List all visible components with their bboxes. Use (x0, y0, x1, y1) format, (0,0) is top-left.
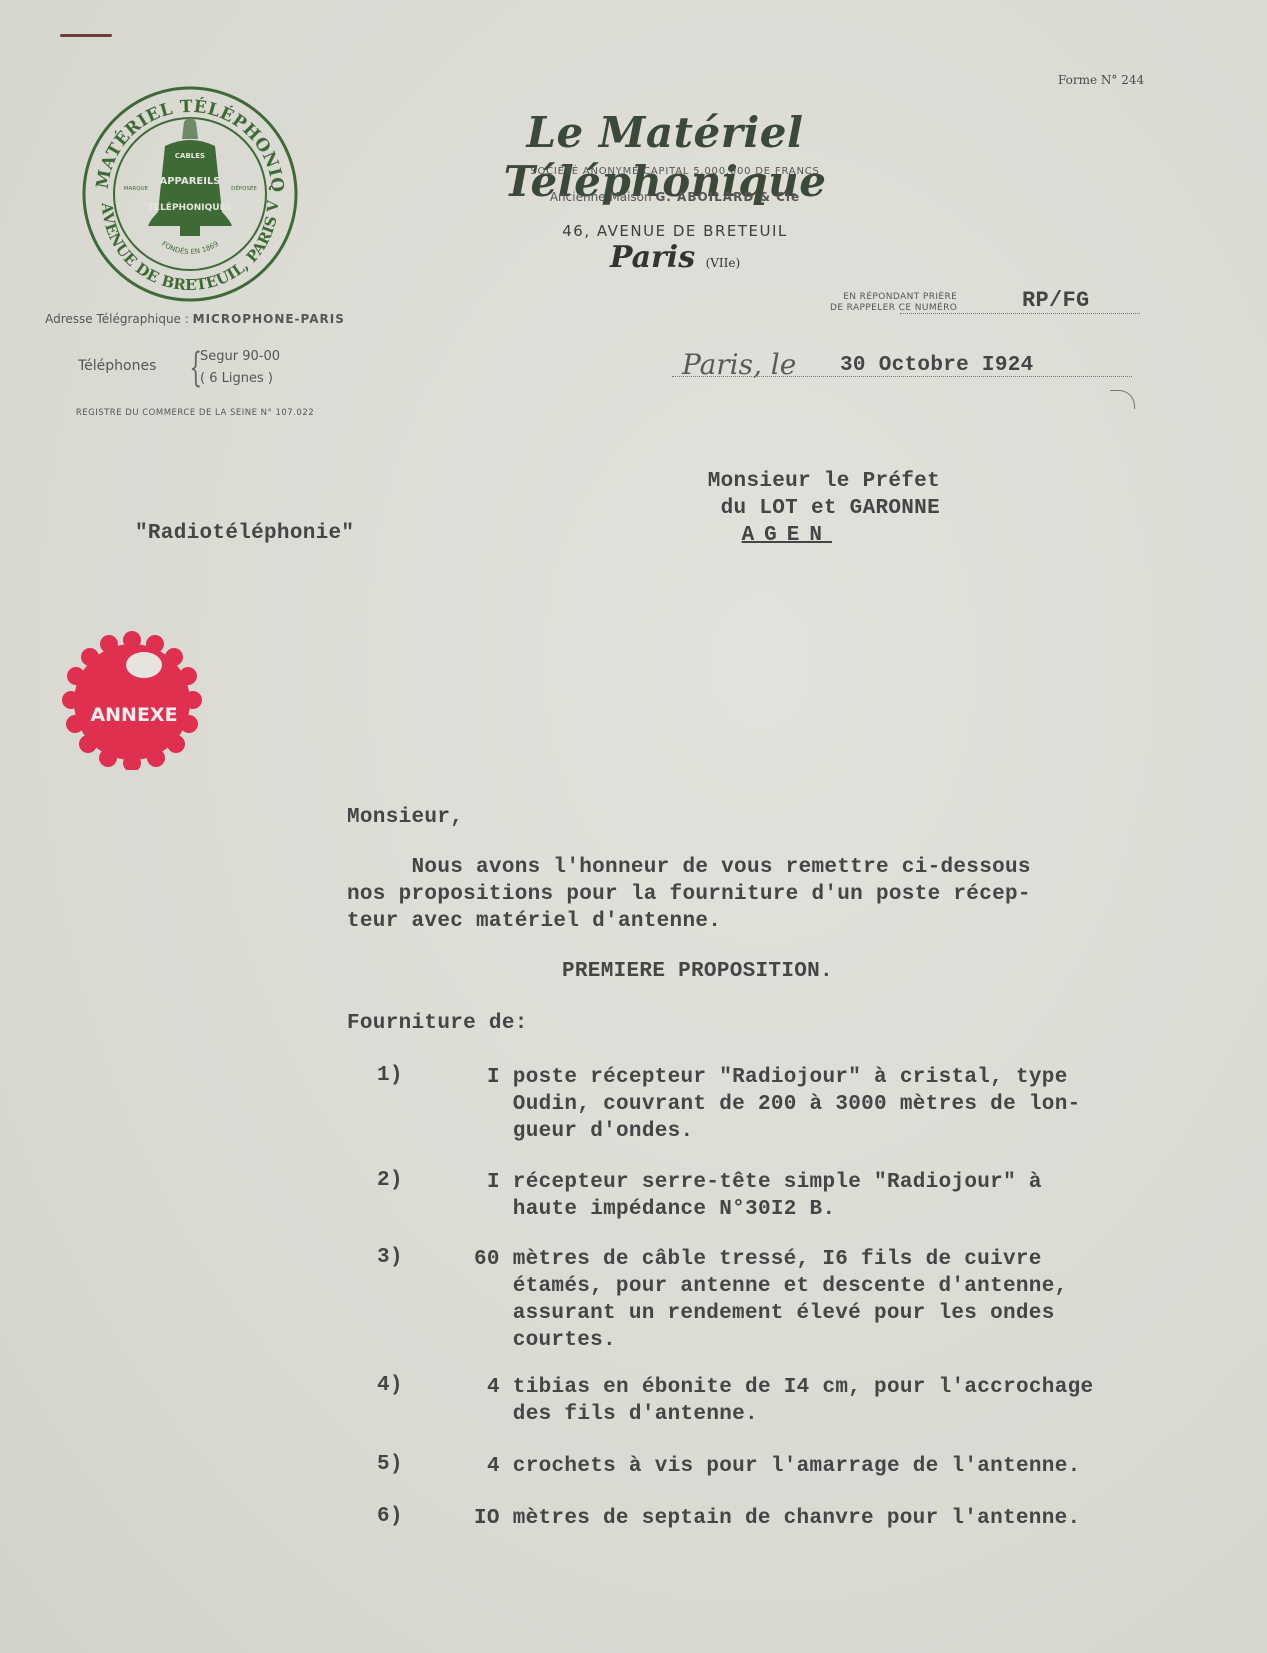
svg-text:CABLES: CABLES (175, 152, 205, 160)
arrondissement: (VIIe) (706, 256, 741, 270)
former-house: Ancienne Maison G. ABOILARD & Cie (420, 190, 930, 204)
reference-label-line1: EN RÉPONDANT PRIÈRE (830, 292, 957, 303)
reference-label: EN RÉPONDANT PRIÈRE DE RAPPELER CE NUMÉR… (830, 292, 957, 314)
supply-heading: Fourniture de: (347, 1012, 528, 1035)
svg-text:TÉLÉPHONIQUES: TÉLÉPHONIQUES (148, 201, 232, 213)
svg-text:ANNEXE: ANNEXE (90, 704, 177, 726)
svg-text:FONDÉS EN 1869: FONDÉS EN 1869 (160, 240, 220, 256)
item-number: 2) (377, 1169, 403, 1192)
reference-dotted-line (900, 313, 1140, 314)
date-dotted-line (672, 376, 1132, 377)
former-house-prefix: Ancienne Maison (550, 190, 652, 204)
item-text: 60 mètres de câble tressé, I6 fils de cu… (474, 1246, 1068, 1354)
recipient-address: Monsieur le Préfet du LOT et GARONNE AGE… (580, 468, 940, 549)
telegraph-label: Adresse Télégraphique : (45, 312, 189, 326)
city-name: Paris (610, 240, 695, 275)
phone-number: Segur 90-00 (200, 349, 280, 364)
former-house-name: G. ABOILARD & Cie (655, 190, 800, 204)
item-text: 4 tibias en ébonite de I4 cm, pour l'acc… (487, 1374, 1093, 1428)
company-legal-form: SOCIÉTÉ ANONYME CAPITAL 5.000.000 DE FRA… (420, 166, 930, 177)
recipient-department: du LOT et GARONNE (580, 495, 940, 522)
trade-registry: REGISTRE DU COMMERCE DE LA SEINE N° 107.… (30, 408, 360, 418)
company-seal-logo: "LE MATÉRIEL TÉLÉPHONIQUE" 46 AVENUE DE … (80, 84, 300, 304)
item-number: 6) (377, 1505, 403, 1528)
scalloped-label-icon: ANNEXE (62, 630, 202, 770)
item-text: I poste récepteur "Radiojour" à cristal,… (487, 1064, 1081, 1145)
decorative-flourish (1110, 390, 1135, 409)
phones-label: Téléphones (78, 358, 156, 374)
phone-lines: ( 6 Lignes ) (200, 371, 273, 386)
annexe-sticker: ANNEXE (62, 630, 202, 770)
company-city: Paris (VIIe) (420, 240, 930, 275)
proposition-title: PREMIERE PROPOSITION. (562, 960, 833, 983)
form-number: Forme N° 244 (1058, 73, 1144, 87)
company-address: 46, AVENUE DE BRETEUIL (420, 222, 930, 240)
salutation: Monsieur, (347, 806, 463, 829)
pen-mark (60, 34, 112, 37)
bell-seal-icon: "LE MATÉRIEL TÉLÉPHONIQUE" 46 AVENUE DE … (80, 84, 300, 304)
item-text: IO mètres de septain de chanvre pour l'a… (474, 1505, 1080, 1532)
item-number: 3) (377, 1246, 403, 1269)
item-text: I récepteur serre-tête simple "Radiojour… (487, 1169, 1042, 1223)
reference-number: RP/FG (1022, 288, 1090, 313)
item-text: 4 crochets à vis pour l'amarrage de l'an… (487, 1453, 1081, 1480)
item-number: 4) (377, 1374, 403, 1397)
svg-text:DÉPOSÉE: DÉPOSÉE (231, 184, 257, 192)
telegraphic-address: Adresse Télégraphique : MICROPHONE-PARIS (30, 312, 360, 326)
item-number: 1) (377, 1064, 403, 1087)
letter-subject: "Radiotéléphonie" (135, 522, 354, 545)
svg-text:MARQUE: MARQUE (124, 186, 149, 192)
letter-date: 30 Octobre I924 (840, 354, 1034, 377)
intro-paragraph: Nous avons l'honneur de vous remettre ci… (347, 854, 1177, 935)
item-number: 5) (377, 1453, 403, 1476)
recipient-city: AGEN (742, 524, 832, 547)
svg-text:APPAREILS: APPAREILS (159, 176, 220, 187)
telegraph-value: MICROPHONE-PARIS (193, 312, 345, 326)
recipient-title: Monsieur le Préfet (580, 468, 940, 495)
